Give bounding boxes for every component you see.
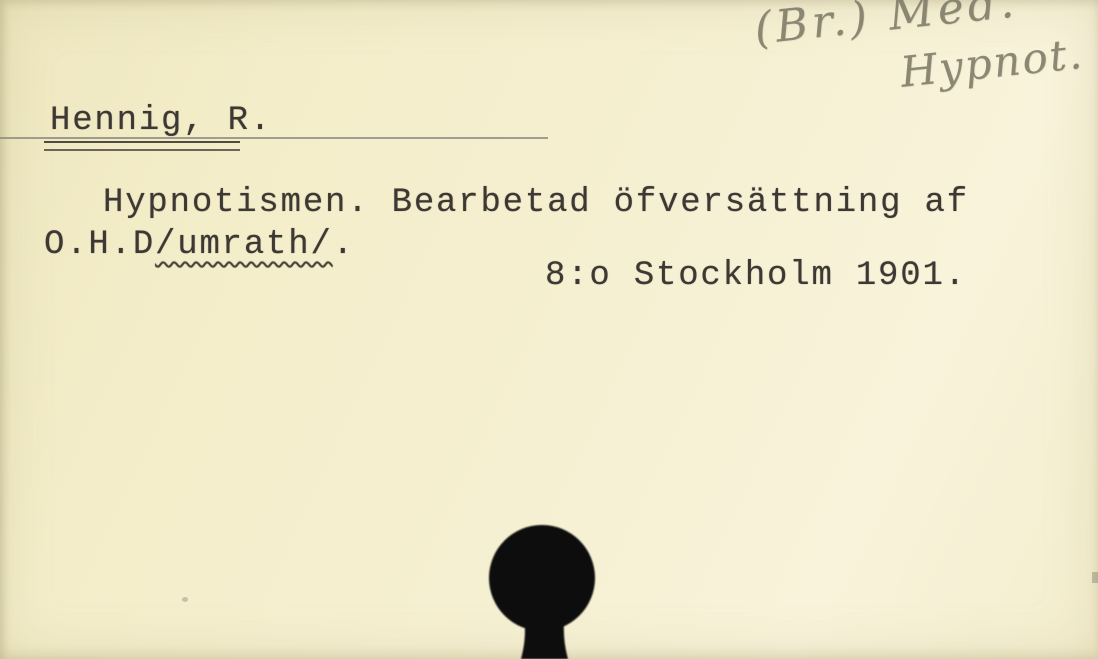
translator-name-wavy-underlined: /umrath/ xyxy=(155,226,333,264)
right-edge-mark xyxy=(1092,572,1098,583)
author-heading: Hennig, R. xyxy=(50,102,272,140)
imprint-line: 8:o Stockholm 1901. xyxy=(545,257,967,295)
translator-line: O.H.D/umrath/. xyxy=(44,226,355,264)
title-line: Hypnotismen. Bearbetad öfversättning af xyxy=(103,184,969,222)
translator-prefix: O.H.D xyxy=(44,226,155,264)
paper-speck xyxy=(182,597,188,602)
card-punch-hole-keyhole-icon xyxy=(472,523,613,659)
heading-ruled-line xyxy=(0,137,548,139)
handwritten-note-line2: Hypnot. xyxy=(898,29,1086,97)
paper-speck xyxy=(735,280,738,283)
catalog-card: (Br.) Med. Hypnot. Hennig, R. Hypnotisme… xyxy=(0,0,1098,659)
translator-suffix: . xyxy=(333,226,355,264)
heading-typed-underline xyxy=(44,141,240,151)
